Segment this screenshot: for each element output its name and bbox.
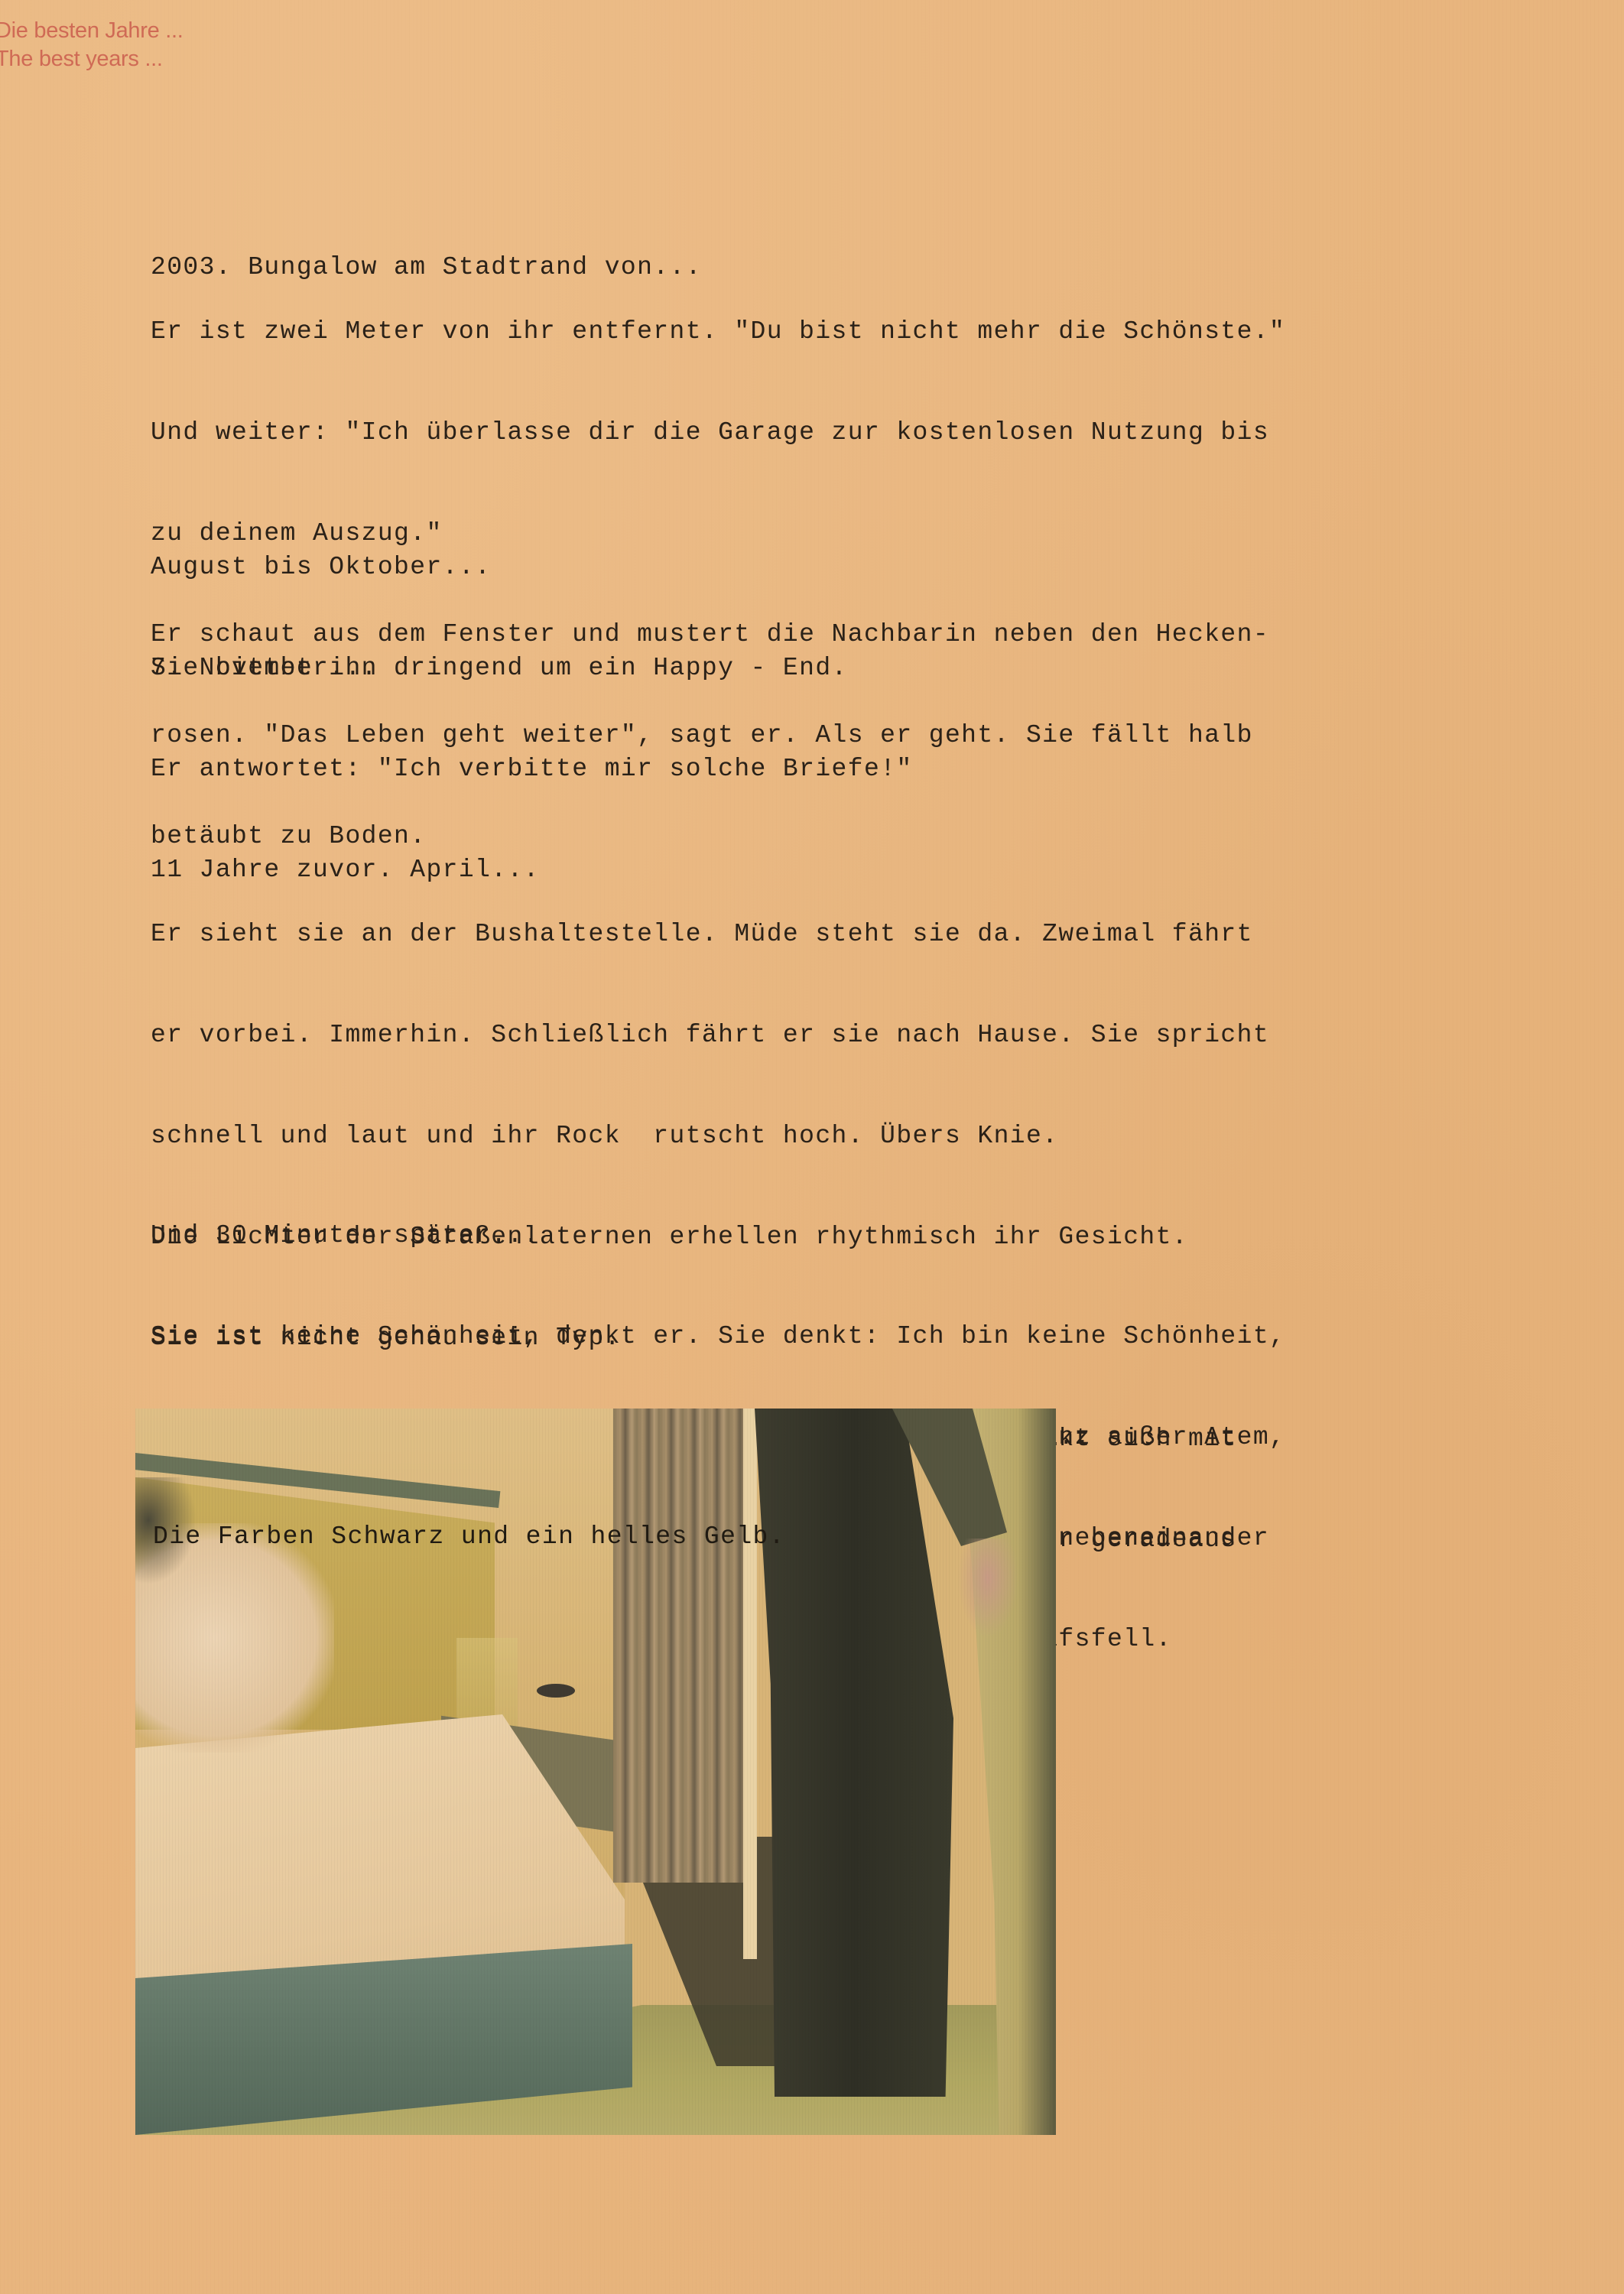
text-line: Und 30 Minuten später... [151,1219,1285,1253]
text-line: August bis Oktober... [151,551,848,584]
page-header: Die besten Jahre ... The best years ... [0,17,183,73]
text-line: Er ist zwei Meter von ihr entfernt. "Du … [151,315,1285,349]
bedroom-photo [135,1409,1056,2135]
header-title-english: The best years ... [0,45,183,73]
photo-grain [135,1409,1056,2135]
text-line: Und weiter: "Ich überlasse dir die Garag… [151,416,1285,450]
header-title-german: Die besten Jahre ... [0,17,183,45]
text-line: er vorbei. Immerhin. Schließlich fährt e… [151,1019,1269,1052]
text-line: 7. November... [151,651,913,685]
section1-paragraph3: 7. November... Er antwortet: "Ich verbit… [151,584,913,820]
text-line: Er sieht sie an der Bushaltestelle. Müde… [151,918,1269,951]
text-line: Er antwortet: "Ich verbitte mir solche B… [151,752,913,786]
text-line: schnell und laut und ihr Rock rutscht ho… [151,1119,1269,1153]
text-line: Sie ist keine Schönheit, denkt er. Sie d… [151,1320,1285,1353]
photo-caption: Die Farben Schwarz und ein helles Gelb. [153,1520,785,1554]
